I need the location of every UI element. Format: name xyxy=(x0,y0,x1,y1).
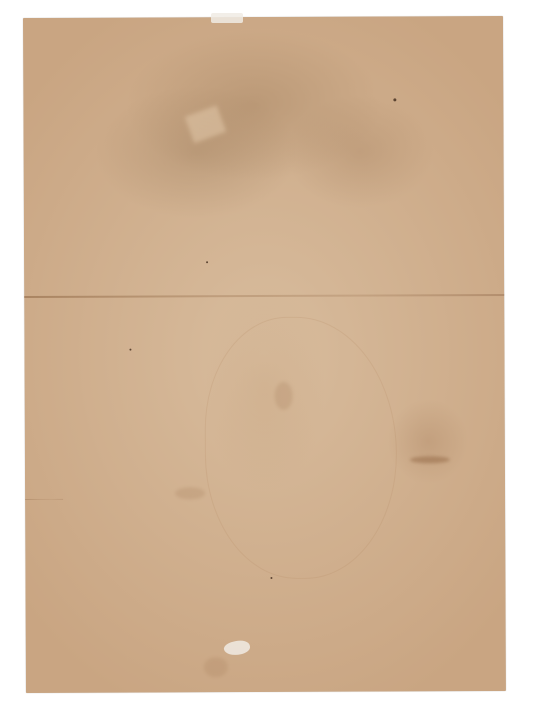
photo-stage xyxy=(0,0,533,711)
ink-speck xyxy=(393,98,396,101)
brown-smudge xyxy=(204,657,228,677)
brown-smudge xyxy=(175,487,205,499)
ink-speck xyxy=(206,261,208,263)
paper-sheet xyxy=(23,16,506,693)
ink-speck xyxy=(270,577,272,579)
light-patch-in-stain xyxy=(185,105,227,143)
tape-remnant-top xyxy=(211,13,243,23)
horizontal-fold-line xyxy=(24,294,504,298)
ink-speck xyxy=(129,349,131,351)
figure-show-through xyxy=(204,316,397,579)
brown-smudge xyxy=(410,456,450,463)
brown-smudge xyxy=(275,382,293,410)
left-edge-fold-tick xyxy=(25,499,63,500)
